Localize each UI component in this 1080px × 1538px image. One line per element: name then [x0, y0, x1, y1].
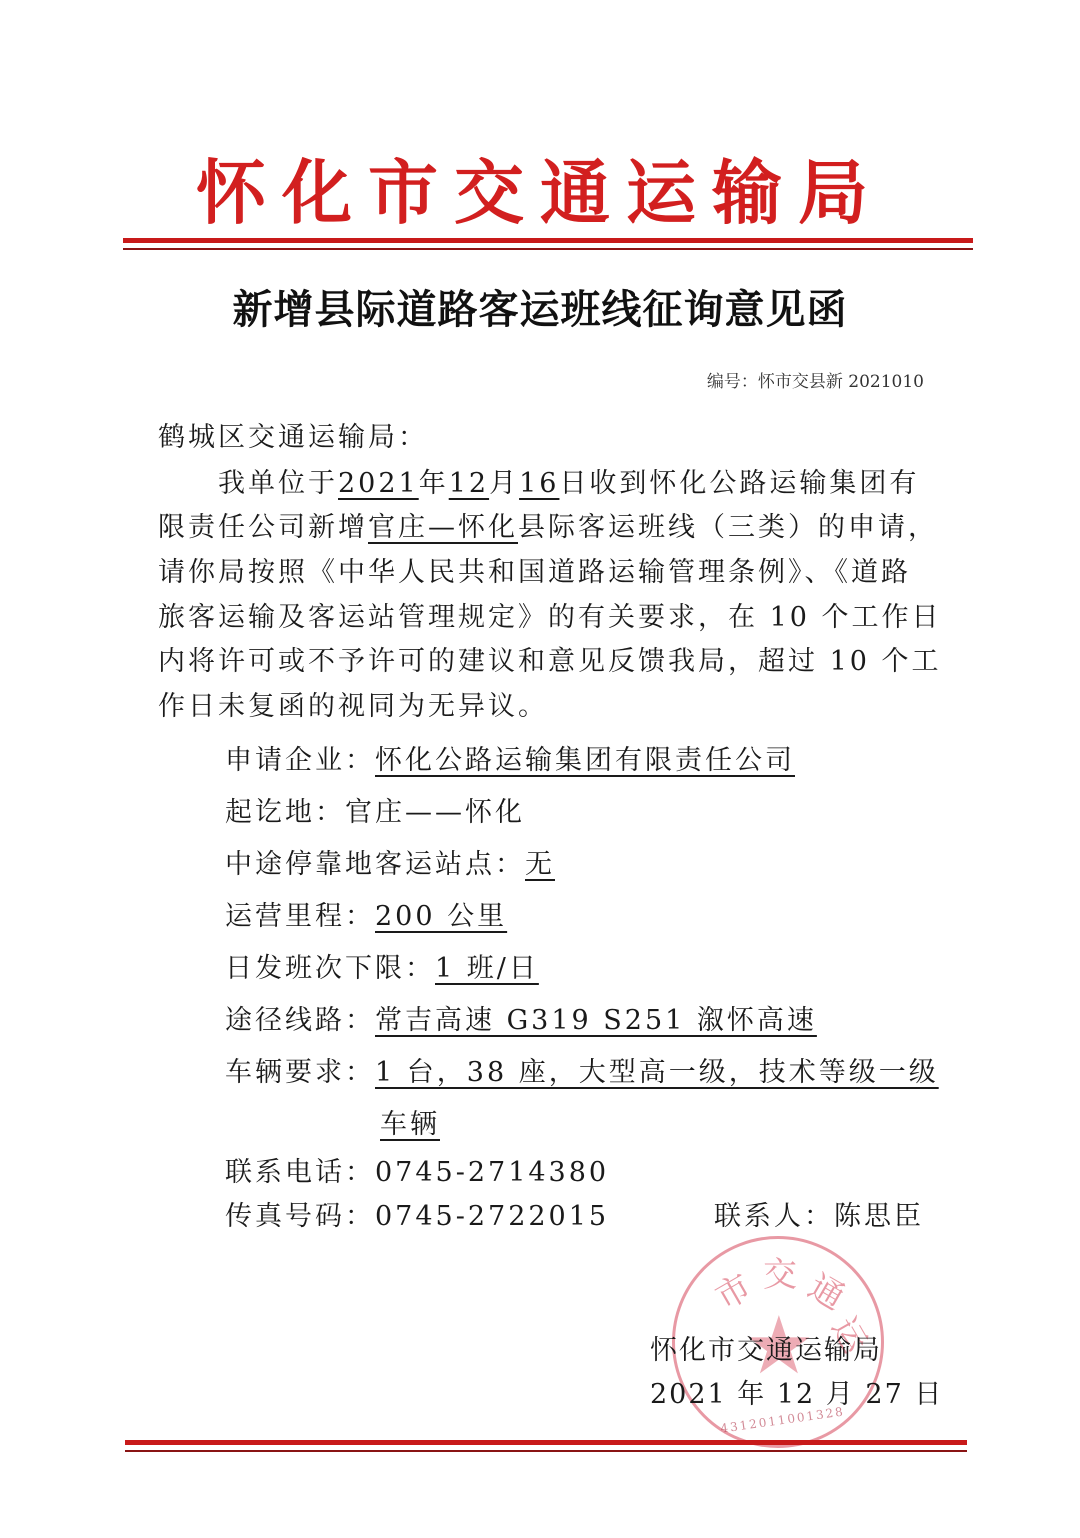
text: 县际客运班线（三类）的申请， — [518, 512, 938, 543]
field-intermediate-stops: 中途停靠地客运站点：无 — [225, 842, 555, 881]
field-value: 1 班/日 — [435, 953, 539, 984]
field-contact-person: 联系人：陈思臣 — [714, 1194, 924, 1233]
received-day: 16 — [519, 468, 559, 499]
field-value: 1 台，38 座，大型高一级，技术等级一级 — [375, 1057, 939, 1088]
field-label: 运营里程： — [225, 901, 375, 932]
received-year: 2021 — [338, 468, 419, 499]
field-label: 车辆要求： — [225, 1057, 375, 1088]
field-vehicle-requirements-cont: 车辆 — [380, 1102, 440, 1141]
field-route-path: 途径线路：常吉高速 G319 S251 溆怀高速 — [225, 998, 817, 1037]
field-label: 联系人： — [714, 1201, 834, 1232]
text: 月 — [489, 468, 519, 499]
signature-date: 2021 年 12 月 27 日 — [650, 1372, 943, 1411]
field-fax: 传真号码：0745-2722015 — [225, 1194, 609, 1233]
field-label: 途径线路： — [225, 1005, 375, 1036]
field-label: 日发班次下限： — [225, 953, 435, 984]
paragraph-line-5: 内将许可或不予许可的建议和意见反馈我局，超过 10 个工 — [158, 640, 942, 684]
masthead-rule-bottom — [123, 248, 973, 250]
field-origin-destination: 起讫地：官庄——怀化 — [225, 790, 525, 829]
seal-char: 交 — [763, 1247, 797, 1296]
field-value: 0745-2714380 — [375, 1157, 609, 1188]
field-label: 申请企业： — [225, 745, 375, 776]
text: 限责任公司新增 — [158, 512, 368, 543]
field-vehicle-requirements: 车辆要求：1 台，38 座，大型高一级，技术等级一级 — [225, 1050, 939, 1089]
footer-rule-top — [125, 1440, 967, 1445]
field-value: 无 — [525, 849, 555, 880]
field-value: 常吉高速 G319 S251 溆怀高速 — [375, 1005, 817, 1036]
route-name: 官庄—怀化 — [368, 512, 518, 543]
field-mileage: 运营里程：200 公里 — [225, 894, 507, 933]
salutation: 鹤城区交通运输局： — [158, 416, 428, 460]
signature-org: 怀化市交通运输局 — [650, 1328, 882, 1367]
paragraph-line-2: 限责任公司新增官庄—怀化县际客运班线（三类）的申请， — [158, 506, 938, 550]
document-number: 编号：怀市交县新 2021010 — [707, 367, 924, 392]
footer-rule-bottom — [125, 1450, 967, 1452]
field-phone: 联系电话：0745-2714380 — [225, 1150, 609, 1189]
document-number-label: 编号： — [707, 372, 758, 392]
field-value: 官庄——怀化 — [345, 797, 525, 828]
field-value: 200 公里 — [375, 901, 507, 932]
paragraph-line-6: 作日未复函的视同为无异议。 — [158, 685, 548, 729]
field-value: 怀化公路运输集团有限责任公司 — [375, 745, 795, 776]
field-value: 车辆 — [380, 1109, 440, 1140]
text: 年 — [419, 468, 449, 499]
text: 日收到怀化公路运输集团有 — [559, 468, 919, 499]
masthead-org-name: 怀化市交通运输局 — [0, 148, 1080, 238]
field-label: 起讫地： — [225, 797, 345, 828]
field-value: 陈思臣 — [834, 1201, 924, 1232]
field-daily-trips: 日发班次下限：1 班/日 — [225, 946, 539, 985]
field-applicant: 申请企业：怀化公路运输集团有限责任公司 — [225, 738, 795, 777]
field-label: 联系电话： — [225, 1157, 375, 1188]
text: 我单位于 — [218, 468, 338, 499]
paragraph-line-4: 旅客运输及客运站管理规定》的有关要求，在 10 个工作日 — [158, 596, 942, 640]
document-number-value: 怀市交县新 2021010 — [758, 372, 924, 392]
field-label: 传真号码： — [225, 1201, 375, 1232]
masthead-rule-top — [123, 238, 973, 243]
paragraph-line-3: 请你局按照《中华人民共和国道路运输管理条例》、《道路 — [158, 551, 911, 595]
paragraph-line-1: 我单位于2021年12月16日收到怀化公路运输集团有 — [218, 462, 919, 506]
field-label: 中途停靠地客运站点： — [225, 849, 525, 880]
document-title: 新增县际道路客运班线征询意见函 — [0, 278, 1080, 335]
received-month: 12 — [449, 468, 489, 499]
field-value: 0745-2722015 — [375, 1201, 609, 1232]
